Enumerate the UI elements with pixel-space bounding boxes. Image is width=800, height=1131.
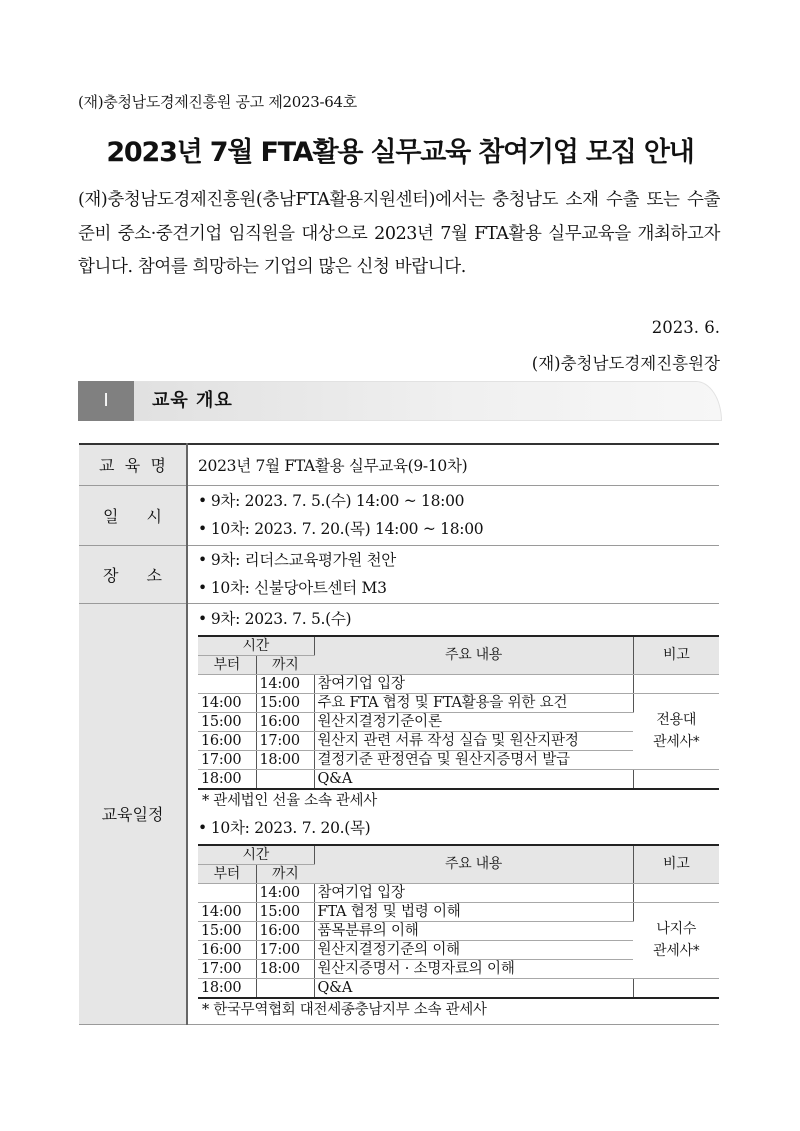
col-content: 주요 내용: [314, 845, 633, 884]
header-datetime: 일 시: [79, 485, 187, 545]
session-title: •10차: 2023. 7. 20.(목): [198, 815, 719, 841]
instructor: 전용대 관세사*: [633, 693, 719, 769]
col-from: 부터: [198, 864, 256, 883]
venue-item: •9차: 리더스교육평가원 천안: [198, 546, 719, 574]
notice-date: 2023. 6.: [652, 318, 720, 337]
datetime-item: •9차: 2023. 7. 5.(수) 14:00 ~ 18:00: [198, 487, 719, 515]
col-from: 부터: [198, 655, 256, 674]
row-datetime: 일 시 •9차: 2023. 7. 5.(수) 14:00 ~ 18:00 •1…: [79, 485, 719, 545]
instructor: 나지수 관세사*: [633, 902, 719, 978]
page-title: 2023년 7월 FTA활용 실무교육 참여기업 모집 안내: [0, 130, 800, 169]
row-venue: 장 소 •9차: 리더스교육평가원 천안 •10차: 신불당아트센터 M3: [79, 545, 719, 603]
schedule-table-session-9: 시간 주요 내용 비고 부터 까지 14:00 참여기업 입장 14:00 15…: [198, 635, 719, 790]
bullet-icon: •: [198, 492, 207, 510]
table-row: 14:00 15:00 주요 FTA 협정 및 FTA활용을 위한 요건 전용대…: [198, 693, 719, 712]
intro-paragraph: (재)충청남도경제진흥원(충남FTA활용지원센터)에서는 충청남도 소재 수출 …: [78, 184, 720, 285]
table-row: 14:00 참여기업 입장: [198, 674, 719, 693]
venue-item: •10차: 신불당아트센터 M3: [198, 574, 719, 602]
bullet-icon: •: [198, 551, 207, 569]
session-title: •9차: 2023. 7. 5.(수): [198, 606, 719, 632]
bullet-icon: •: [198, 579, 207, 597]
col-to: 까지: [256, 864, 314, 883]
overview-table: 교 육 명 2023년 7월 FTA활용 실무교육(9-10차) 일 시 •9차…: [79, 443, 719, 1025]
col-note: 비고: [633, 636, 719, 675]
row-course-name: 교 육 명 2023년 7월 FTA활용 실무교육(9-10차): [79, 444, 719, 485]
schedule-table-session-10: 시간 주요 내용 비고 부터 까지 14:00 참여기업 입장 14:00 15…: [198, 844, 719, 999]
notice-number: (재)충청남도경제진흥원 공고 제2023-64호: [78, 91, 357, 112]
bullet-icon: •: [198, 520, 207, 538]
table-row: 14:00 15:00 FTA 협정 및 법령 이해 나지수 관세사*: [198, 902, 719, 921]
col-note: 비고: [633, 845, 719, 884]
bullet-icon: •: [198, 819, 207, 837]
row-schedule: 교육일정 •9차: 2023. 7. 5.(수) 시간 주요 내용 비고 부터 …: [79, 603, 719, 1024]
bullet-icon: •: [198, 610, 207, 628]
table-row: 18:00 Q&A: [198, 978, 719, 998]
header-venue: 장 소: [79, 545, 187, 603]
header-course-name: 교 육 명: [79, 444, 187, 485]
table-row: 18:00 Q&A: [198, 769, 719, 789]
footnote: * 한국무역협회 대전세종충남지부 소속 관세사: [198, 999, 719, 1022]
footnote: * 관세법인 선율 소속 관세사: [198, 790, 719, 813]
signer: (재)충청남도경제진흥원장: [532, 350, 720, 374]
col-time: 시간: [198, 845, 314, 865]
table-row: 14:00 참여기업 입장: [198, 883, 719, 902]
col-to: 까지: [256, 655, 314, 674]
header-schedule: 교육일정: [79, 603, 187, 1024]
section-title: 교육 개요: [152, 381, 233, 421]
col-time: 시간: [198, 636, 314, 656]
course-name-value: 2023년 7월 FTA활용 실무교육(9-10차): [187, 444, 719, 485]
datetime-item: •10차: 2023. 7. 20.(목) 14:00 ~ 18:00: [198, 515, 719, 543]
section-number: Ⅰ: [78, 381, 134, 421]
col-content: 주요 내용: [314, 636, 633, 675]
